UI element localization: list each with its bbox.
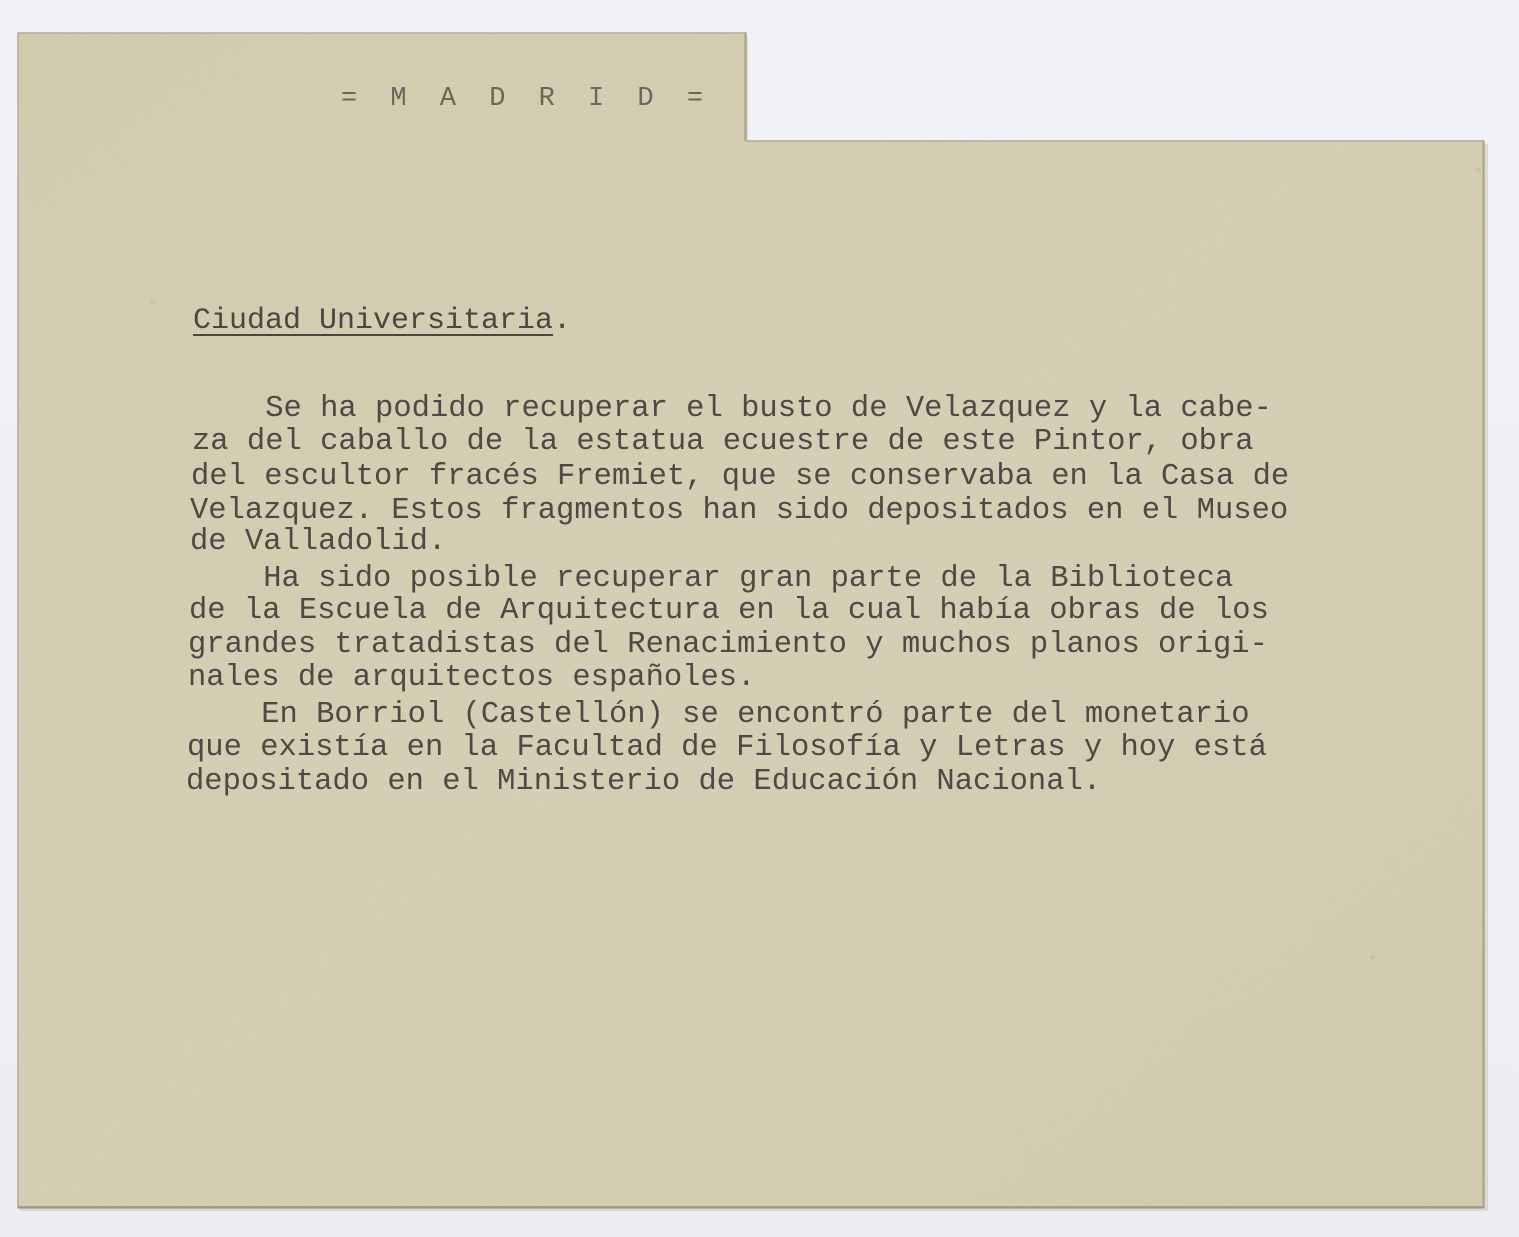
card-header-title: = M A D R I D =: [341, 84, 712, 114]
paragraph-line: za del caballo de la estatua ecuestre de…: [192, 425, 1254, 459]
paragraph-line: que existía en la Facultad de Filosofía …: [187, 731, 1267, 765]
page-background: = M A D R I D = Ciudad Universitaria. Se…: [0, 0, 1519, 1237]
paragraph-line: grandes tratadistas del Renacimiento y m…: [188, 628, 1268, 662]
paragraph-line: Se ha podido recuperar el busto de Velaz…: [192, 392, 1272, 426]
section-heading-period: .: [553, 304, 571, 338]
paper-speck: [1475, 167, 1481, 173]
paragraph-line: nales de arquitectos españoles.: [188, 661, 755, 695]
paragraph-line: de la Escuela de Arquitectura en la cual…: [189, 594, 1269, 628]
index-card: = M A D R I D = Ciudad Universitaria. Se…: [0, 0, 1519, 1237]
paragraph-line: de Valladolid.: [190, 525, 446, 559]
paragraph-line: del escultor fracés Fremiet, que se cons…: [191, 460, 1289, 494]
paragraph-line: En Borriol (Castellón) se encontró parte…: [188, 698, 1250, 732]
paragraph-line: Velazquez. Estos fragmentos han sido dep…: [190, 494, 1288, 528]
paper-speck: [150, 300, 156, 304]
section-heading-text: Ciudad Universitaria: [193, 304, 553, 338]
paper-speck: [1370, 955, 1375, 960]
section-heading: Ciudad Universitaria.: [193, 304, 571, 338]
paragraph-line: depositado en el Ministerio de Educación…: [186, 765, 1101, 799]
paragraph-line: Ha sido posible recuperar gran parte de …: [190, 562, 1233, 596]
